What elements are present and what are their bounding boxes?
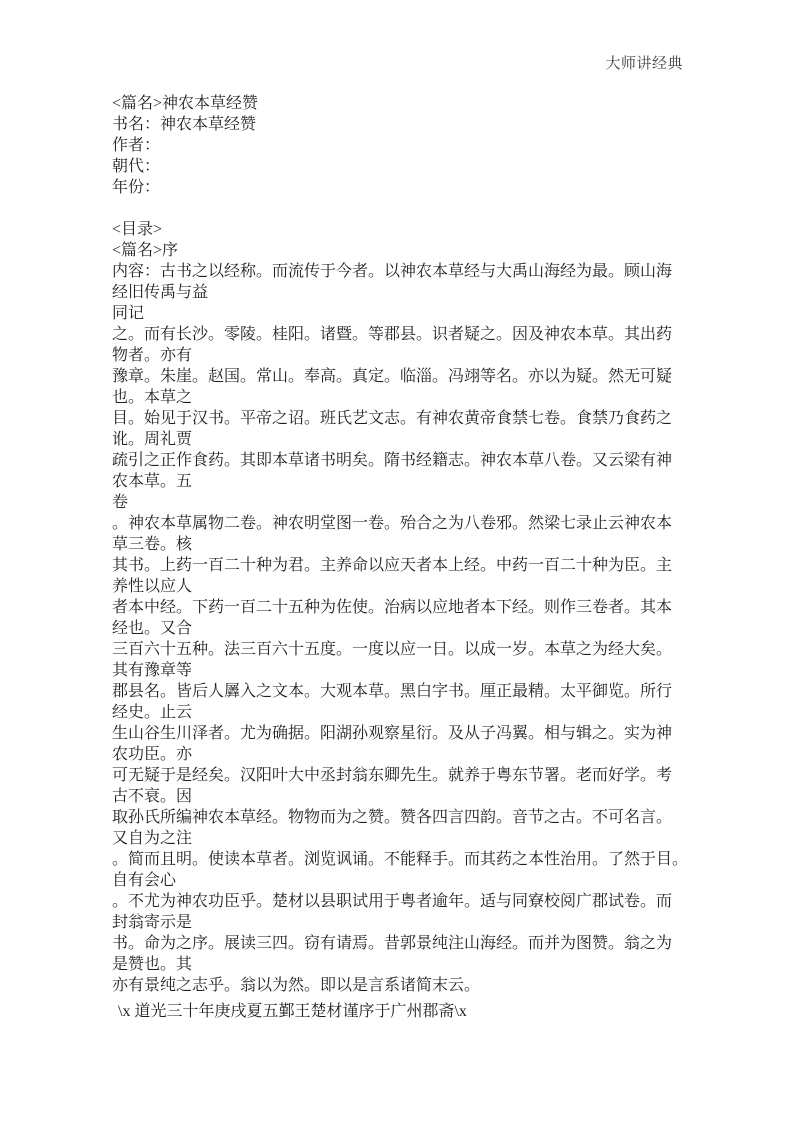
text-line: 经旧传禹与益 [112,282,712,303]
text-line: 之。而有长沙。零陵。桂阳。诸暨。等郡县。识者疑之。因及神农本草。其出药 [112,324,712,345]
text-line: 生山谷生川泽者。尤为确据。阳湖孙观察星衍。及从子冯翼。相与辑之。实为神 [112,723,712,744]
text-line: 疏引之正作食药。其即本草诸书明矣。隋书经籍志。神农本草八卷。又云梁有神 [112,450,712,471]
text-line [112,198,712,219]
text-line: 作者： [112,135,712,156]
page-header: 大师讲经典 [0,55,683,73]
text-line: 是赞也。其 [112,954,712,975]
text-line: 自有会心 [112,870,712,891]
text-line: 目。始见于汉书。平帝之诏。班氏艺文志。有神农黄帝食禁七卷。食禁乃食药之 [112,408,712,429]
document-lines: <篇名>神农本草经赞书名：神农本草经赞作者：朝代：年份：<目录><篇名>序内容：… [112,93,712,996]
document-page: 大师讲经典 <篇名>神农本草经赞书名：神农本草经赞作者：朝代：年份：<目录><篇… [0,0,793,1122]
text-line: 郡县名。皆后人羼入之文本。大观本草。黑白字书。厘正最精。太平御览。所行 [112,681,712,702]
text-line: 。不尤为神农功臣乎。楚材以县职试用于粤者逾年。适与同寮校阅广郡试卷。而 [112,891,712,912]
text-line: 讹。周礼贾 [112,429,712,450]
text-line: 经史。止云 [112,702,712,723]
document-body: <篇名>神农本草经赞书名：神农本草经赞作者：朝代：年份：<目录><篇名>序内容：… [112,93,712,1022]
text-line: 。简而且明。使读本草者。浏览讽诵。不能释手。而其药之本性治用。了然于目。 [112,849,712,870]
text-line: 其有豫章等 [112,660,712,681]
text-line: 内容：古书之以经称。而流传于今者。以神农本草经与大禹山海经为最。顾山海 [112,261,712,282]
text-line: 物者。亦有 [112,345,712,366]
text-line: <篇名>序 [112,240,712,261]
text-line: 朝代： [112,156,712,177]
text-line: 年份： [112,177,712,198]
text-line: 书。命为之序。展读三四。窃有请焉。昔郭景纯注山海经。而并为图赞。翁之为 [112,933,712,954]
text-line: 农功臣。亦 [112,744,712,765]
text-line: 三百六十五种。法三百六十五度。一度以应一日。以成一岁。本草之为经大矣。 [112,639,712,660]
text-line: 草三卷。核 [112,534,712,555]
text-line: 其书。上药一百二十种为君。主养命以应天者本上经。中药一百二十种为臣。主 [112,555,712,576]
text-line: 豫章。朱崖。赵国。常山。奉高。真定。临淄。冯翊等名。亦以为疑。然无可疑 [112,366,712,387]
text-line: 古不衰。因 [112,786,712,807]
text-line: <篇名>神农本草经赞 [112,93,712,114]
text-line: 亦有景纯之志乎。翁以为然。即以是言系诸简末云。 [112,975,712,996]
text-line: <目录> [112,219,712,240]
closing-signature-line: \x 道光三十年庚戌夏五鄞王楚材谨序于广州郡斋\x [112,1001,712,1022]
text-line: 。神农本草属物二卷。神农明堂图一卷。殆合之为八卷邪。然梁七录止云神农本 [112,513,712,534]
text-line: 养性以应人 [112,576,712,597]
text-line: 农本草。五 [112,471,712,492]
text-line: 经也。又合 [112,618,712,639]
text-line: 又自为之注 [112,828,712,849]
text-line: 书名：神农本草经赞 [112,114,712,135]
text-line: 卷 [112,492,712,513]
text-line: 者本中经。下药一百二十五种为佐使。治病以应地者本下经。则作三卷者。其本 [112,597,712,618]
text-line: 取孙氏所编神农本草经。物物而为之赞。赞各四言四韵。音节之古。不可名言。 [112,807,712,828]
text-line: 也。本草之 [112,387,712,408]
text-line: 可无疑于是经矣。汉阳叶大中丞封翁东卿先生。就养于粤东节署。老而好学。考 [112,765,712,786]
text-line: 封翁寄示是 [112,912,712,933]
text-line: 同记 [112,303,712,324]
